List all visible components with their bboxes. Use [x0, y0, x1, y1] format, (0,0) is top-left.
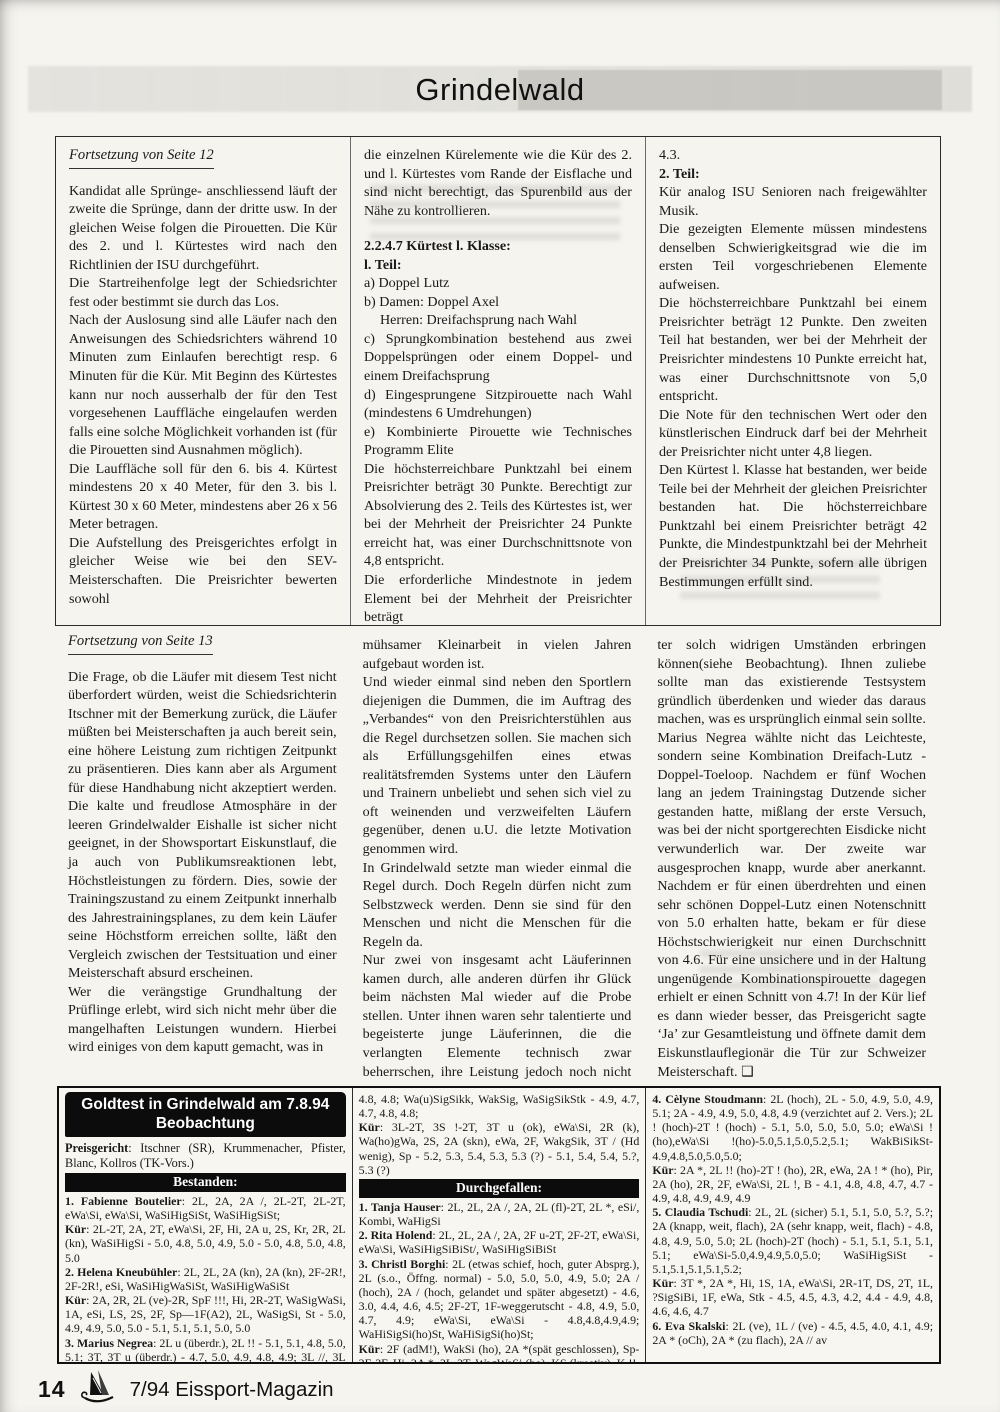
results-column-3: 4. Cèlyne Stoudmann: 2L (hoch), 2L - 5.0… — [645, 1088, 939, 1362]
kur-label: Kür — [65, 1222, 86, 1236]
skater-name: 5. Claudia Tschudi — [652, 1205, 748, 1219]
paragraph: Die Lauffläche soll für den 6. bis 4. Kü… — [69, 460, 337, 534]
kur-label: Kür — [652, 1163, 673, 1177]
paragraph: Die Startreihenfolge legt der Schiedsric… — [69, 274, 337, 311]
paragraph: Die erforderliche Mindestnote in jedem E… — [364, 571, 632, 626]
skater-name: 6. Eva Skalski — [652, 1319, 725, 1333]
subsection-heading: l. Teil: — [364, 256, 632, 275]
paragraph: In Grindelwald setzte man wieder einmal … — [363, 859, 632, 952]
list-item: e) Kombinierte Pirouette wie Technisches… — [364, 423, 632, 460]
results-column-1: Goldtest in Grindelwald am 7.8.94 Beobac… — [59, 1088, 352, 1362]
paragraph: Die Aufstellung des Preisgerichtes erfol… — [69, 534, 337, 608]
paragraph: Die Note für den technischen Wert oder d… — [659, 406, 927, 462]
results-title-line2: Beobachtung — [67, 1114, 344, 1133]
page-footer: 14 7/94 Eissport-Magazin — [38, 1368, 334, 1411]
result-entry: 3. Christl Borghi: 2L (etwas schief, hoc… — [359, 1257, 640, 1342]
skate-logo-icon — [77, 1368, 119, 1411]
paragraph: Kür analog ISU Senioren nach freigewählt… — [659, 183, 927, 220]
goldtest-results-box: Goldtest in Grindelwald am 7.8.94 Beobac… — [57, 1086, 941, 1364]
result-entry: 2. Rita Holend: 2L, 2L, 2A /, 2A, 2F u-2… — [359, 1228, 640, 1256]
paragraph: Die höchsterreichbare Punktzahl bei eine… — [659, 294, 927, 405]
paragraph: Marius Negrea wählte nicht das Leichtest… — [657, 729, 926, 1081]
result-entry: 4. Cèlyne Stoudmann: 2L (hoch), 2L - 5.0… — [652, 1092, 933, 1163]
subsection-heading: 2. Teil: — [659, 165, 927, 184]
commentary-section: Fortsetzung von Seite 13 Die Frage, ob d… — [55, 632, 939, 1082]
paragraph: Und wieder einmal sind neben den Sportle… — [363, 673, 632, 858]
elements: : 2A, 2R, 2L (ve)-2R, SpF !!!, Hi, 2R-2T… — [65, 1293, 346, 1335]
skater-name: 3. Marius Negrea — [65, 1336, 153, 1350]
jury-label: Preisgericht — [65, 1141, 128, 1155]
magazine-issue: 7/94 Eissport-Magazin — [130, 1378, 334, 1402]
commentary-column-2: mühsamer Kleinarbeit in vielen Jahren au… — [350, 632, 645, 1082]
kur-label: Kür — [359, 1342, 380, 1356]
elements: : 3T *, 2A *, Hi, 1S, 1A, eWa\Si, 2R-1T,… — [652, 1276, 933, 1318]
kur-label: Kür — [359, 1120, 380, 1134]
paragraph: 4.3. — [659, 146, 927, 165]
kur-line: Kür: 2L-2T, 2A, 2T, eWa\Si, 2F, Hi, 2A u… — [65, 1222, 346, 1264]
skater-name: 1. Fabienne Boutelier — [65, 1194, 182, 1208]
rules-column-1: Fortsetzung von Seite 12 Kandidat alle S… — [56, 137, 350, 625]
elements: : 2F (adM!), WakSi (ho), 2A *(spät gesch… — [359, 1342, 640, 1365]
result-entry: 3. Marius Negrea: 2L u (überdr.), 2L !! … — [65, 1336, 346, 1364]
magazine-page: Grindelwald Fortsetzung von Seite 12 Kan… — [0, 0, 1000, 1412]
paragraph: ter solch widrigen Umständen erbringen k… — [657, 636, 926, 729]
results-title: Goldtest in Grindelwald am 7.8.94 Beobac… — [65, 1092, 346, 1137]
skater-name: 2. Helena Kneubühler — [65, 1265, 177, 1279]
result-entry: 6. Eva Skalski: 2L (ve), 1L / (ve) - 4.5… — [652, 1319, 933, 1347]
paragraph: Wer die verängstige Grundhaltung der Prü… — [68, 983, 337, 1057]
list-item: a) Doppel Lutz — [364, 274, 632, 293]
passed-bar: Bestanden: — [65, 1173, 346, 1192]
continuation-note: Fortsetzung von Seite 12 — [69, 146, 214, 169]
results-title-line1: Goldtest in Grindelwald am 7.8.94 — [67, 1095, 344, 1114]
failed-bar: Durchgefallen: — [359, 1179, 640, 1198]
elements: : 2A *, 2L !! (ho)-2T ! (ho), 2R, eWa, 2… — [652, 1163, 933, 1205]
result-entry: 2. Helena Kneubühler: 2L, 2L, 2A (kn), 2… — [65, 1265, 346, 1293]
page-title: Grindelwald — [0, 72, 1000, 108]
kur-line: Kür: 2A, 2R, 2L (ve)-2R, SpF !!!, Hi, 2R… — [65, 1293, 346, 1335]
commentary-column-1: Fortsetzung von Seite 13 Die Frage, ob d… — [55, 632, 350, 1082]
paragraph: mühsamer Kleinarbeit in vielen Jahren au… — [363, 636, 632, 673]
paragraph: Nur zwei von insgesamt acht Läuferinnen … — [363, 951, 632, 1082]
list-item: c) Sprungkombination bestehend aus zwei … — [364, 330, 632, 386]
skater-name: 3. Christl Borghi — [359, 1257, 446, 1271]
result-entry: 5. Claudia Tschudi: 2L, 2L (sicher) 5.1,… — [652, 1205, 933, 1276]
jury-line: Preisgericht: Itschner (SR), Krummenache… — [65, 1141, 346, 1171]
kur-line: Kür: 2A *, 2L !! (ho)-2T ! (ho), 2R, eWa… — [652, 1163, 933, 1205]
page-number: 14 — [38, 1376, 66, 1403]
skater-name: 4. Cèlyne Stoudmann — [652, 1092, 763, 1106]
rules-column-3: 4.3. 2. Teil: Kür analog ISU Senioren na… — [645, 137, 940, 625]
results-column-2: 4.8, 4.8; Wa(u)SigSikk, WakSig, WaSigSik… — [352, 1088, 646, 1362]
kur-line: Kür: 3L-2T, 3S !-2T, 3T u (ok), eWa\Si, … — [359, 1120, 640, 1177]
kur-label: Kür — [65, 1293, 86, 1307]
kur-line: Kür: 2F (adM!), WakSi (ho), 2A *(spät ge… — [359, 1342, 640, 1365]
result-entry: 1. Tanja Hauser: 2L, 2L, 2A /, 2A, 2L (f… — [359, 1200, 640, 1228]
paragraph: Die höchsterreichbare Punktzahl bei eine… — [364, 460, 632, 571]
result-entry: 1. Fabienne Boutelier: 2L, 2A, 2A /, 2L-… — [65, 1194, 346, 1222]
commentary-column-3: ter solch widrigen Umständen erbringen k… — [644, 632, 939, 1082]
result-continuation: 4.8, 4.8; Wa(u)SigSikk, WakSig, WaSigSik… — [359, 1092, 640, 1120]
elements: : 2L-2T, 2A, 2T, eWa\Si, 2F, Hi, 2A u, 2… — [65, 1222, 346, 1264]
paragraph: Die gezeigten Elemente müssen mindestens… — [659, 220, 927, 294]
kur-line: Kür: 3T *, 2A *, Hi, 1S, 1A, eWa\Si, 2R-… — [652, 1276, 933, 1318]
elements: : 3L-2T, 3S !-2T, 3T u (ok), eWa\Si, 2R … — [359, 1120, 640, 1176]
skater-name: 2. Rita Holend — [359, 1228, 433, 1242]
continuation-note: Fortsetzung von Seite 13 — [68, 632, 213, 655]
list-item: d) Eingesprungene Sitzpirouette nach Wah… — [364, 386, 632, 423]
rules-column-2: die einzelnen Kürelemente wie die Kür de… — [350, 137, 645, 625]
paragraph: Nach der Auslosung sind alle Läufer nach… — [69, 311, 337, 459]
kur-label: Kür — [652, 1276, 673, 1290]
paragraph: Kandidat alle Sprünge- anschliessend läu… — [69, 182, 337, 275]
paragraph: die einzelnen Kürelemente wie die Kür de… — [364, 146, 632, 220]
rules-box: Fortsetzung von Seite 12 Kandidat alle S… — [55, 136, 941, 626]
paragraph: Den Kürtest l. Klasse hat bestanden, wer… — [659, 461, 927, 591]
list-item: b) Damen: Doppel Axel — [364, 293, 632, 312]
section-heading: 2.2.4.7 Kürtest l. Klasse: — [364, 237, 632, 256]
list-item: Herren: Dreifachsprung nach Wahl — [364, 311, 632, 330]
paragraph: Die Frage, ob die Läufer mit diesem Test… — [68, 668, 337, 983]
skater-name: 1. Tanja Hauser — [359, 1200, 441, 1214]
